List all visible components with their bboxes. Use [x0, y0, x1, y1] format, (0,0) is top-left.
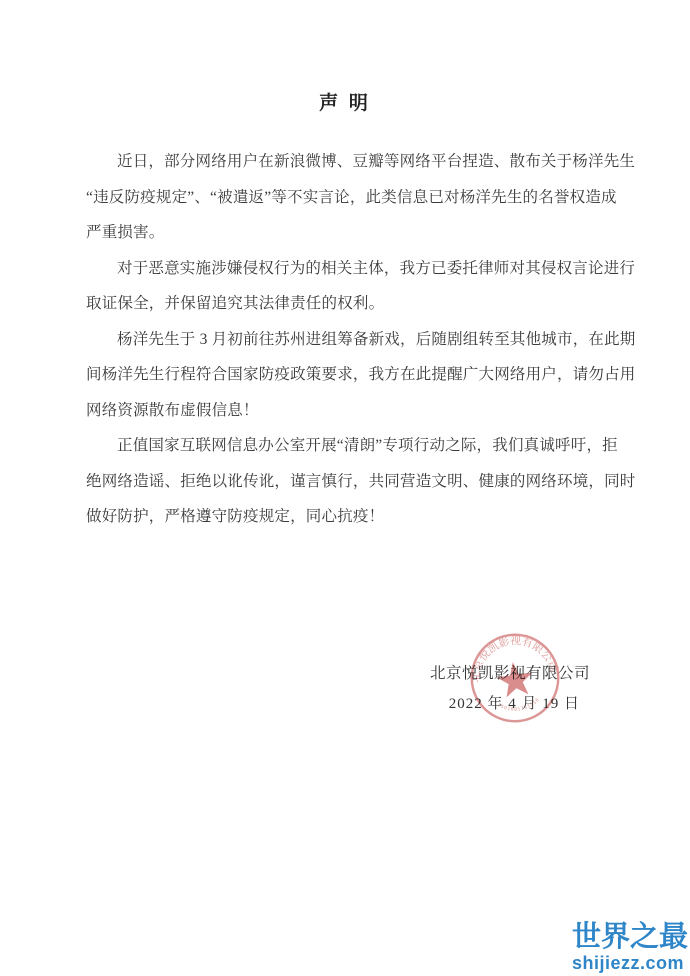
watermark-site-name: 世界之最 — [572, 923, 688, 952]
text-line: 网络资源散布虚假信息！ — [86, 393, 616, 429]
document-title: 声 明 — [0, 88, 690, 115]
watermark-site-url: shijiezz.com — [572, 954, 688, 972]
paragraph: 正值国家互联网信息办公室开展“清朗”专项行动之际，我们真诚呼吁，拒绝网络造谣、拒… — [86, 428, 616, 535]
paragraph: 杨洋先生于 3 月初前往苏州进组筹备新戏，后随剧组转至其他城市，在此期间杨洋先生… — [86, 322, 616, 429]
text-line: 取证保全，并保留追究其法律责任的权利。 — [86, 286, 616, 322]
document-body: 近日，部分网络用户在新浪微博、豆瓣等网络平台捏造、散布关于杨洋先生“违反防疫规定… — [86, 144, 616, 535]
statement-page: { "document": { "title": "声 明", "body": … — [0, 0, 690, 976]
text-line: 间杨洋先生行程符合国家防疫政策要求，我方在此提醒广大网络用户，请勿占用 — [86, 357, 616, 393]
text-line: 绝网络造谣、拒绝以讹传讹，谨言慎行，共同营造文明、健康的网络环境，同时 — [86, 464, 616, 500]
signature-company: 北京悦凯影视有限公司 — [0, 659, 690, 689]
paragraph: 近日，部分网络用户在新浪微博、豆瓣等网络平台捏造、散布关于杨洋先生“违反防疫规定… — [86, 144, 616, 251]
text-line: “违反防疫规定”、“被遣返”等不实言论，此类信息已对杨洋先生的名誉权造成 — [86, 180, 616, 216]
paragraph: 对于恶意实施涉嫌侵权行为的相关主体，我方已委托律师对其侵权言论进行取证保全，并保… — [86, 251, 616, 322]
text-line: 正值国家互联网信息办公室开展“清朗”专项行动之际，我们真诚呼吁，拒 — [86, 428, 616, 464]
text-line: 杨洋先生于 3 月初前往苏州进组筹备新戏，后随剧组转至其他城市，在此期 — [86, 322, 616, 358]
text-line: 严重损害。 — [86, 215, 616, 251]
text-line: 近日，部分网络用户在新浪微博、豆瓣等网络平台捏造、散布关于杨洋先生 — [86, 144, 616, 180]
site-watermark: 世界之最 shijiezz.com — [572, 923, 688, 972]
signature-block: 北京悦凯影视有限公司 2022 年 4 月 19 日 — [0, 659, 690, 719]
text-line: 做好防护，严格遵守防疫规定，同心抗疫！ — [86, 499, 616, 535]
signature-date: 2022 年 4 月 19 日 — [0, 689, 690, 719]
text-line: 对于恶意实施涉嫌侵权行为的相关主体，我方已委托律师对其侵权言论进行 — [86, 251, 616, 287]
